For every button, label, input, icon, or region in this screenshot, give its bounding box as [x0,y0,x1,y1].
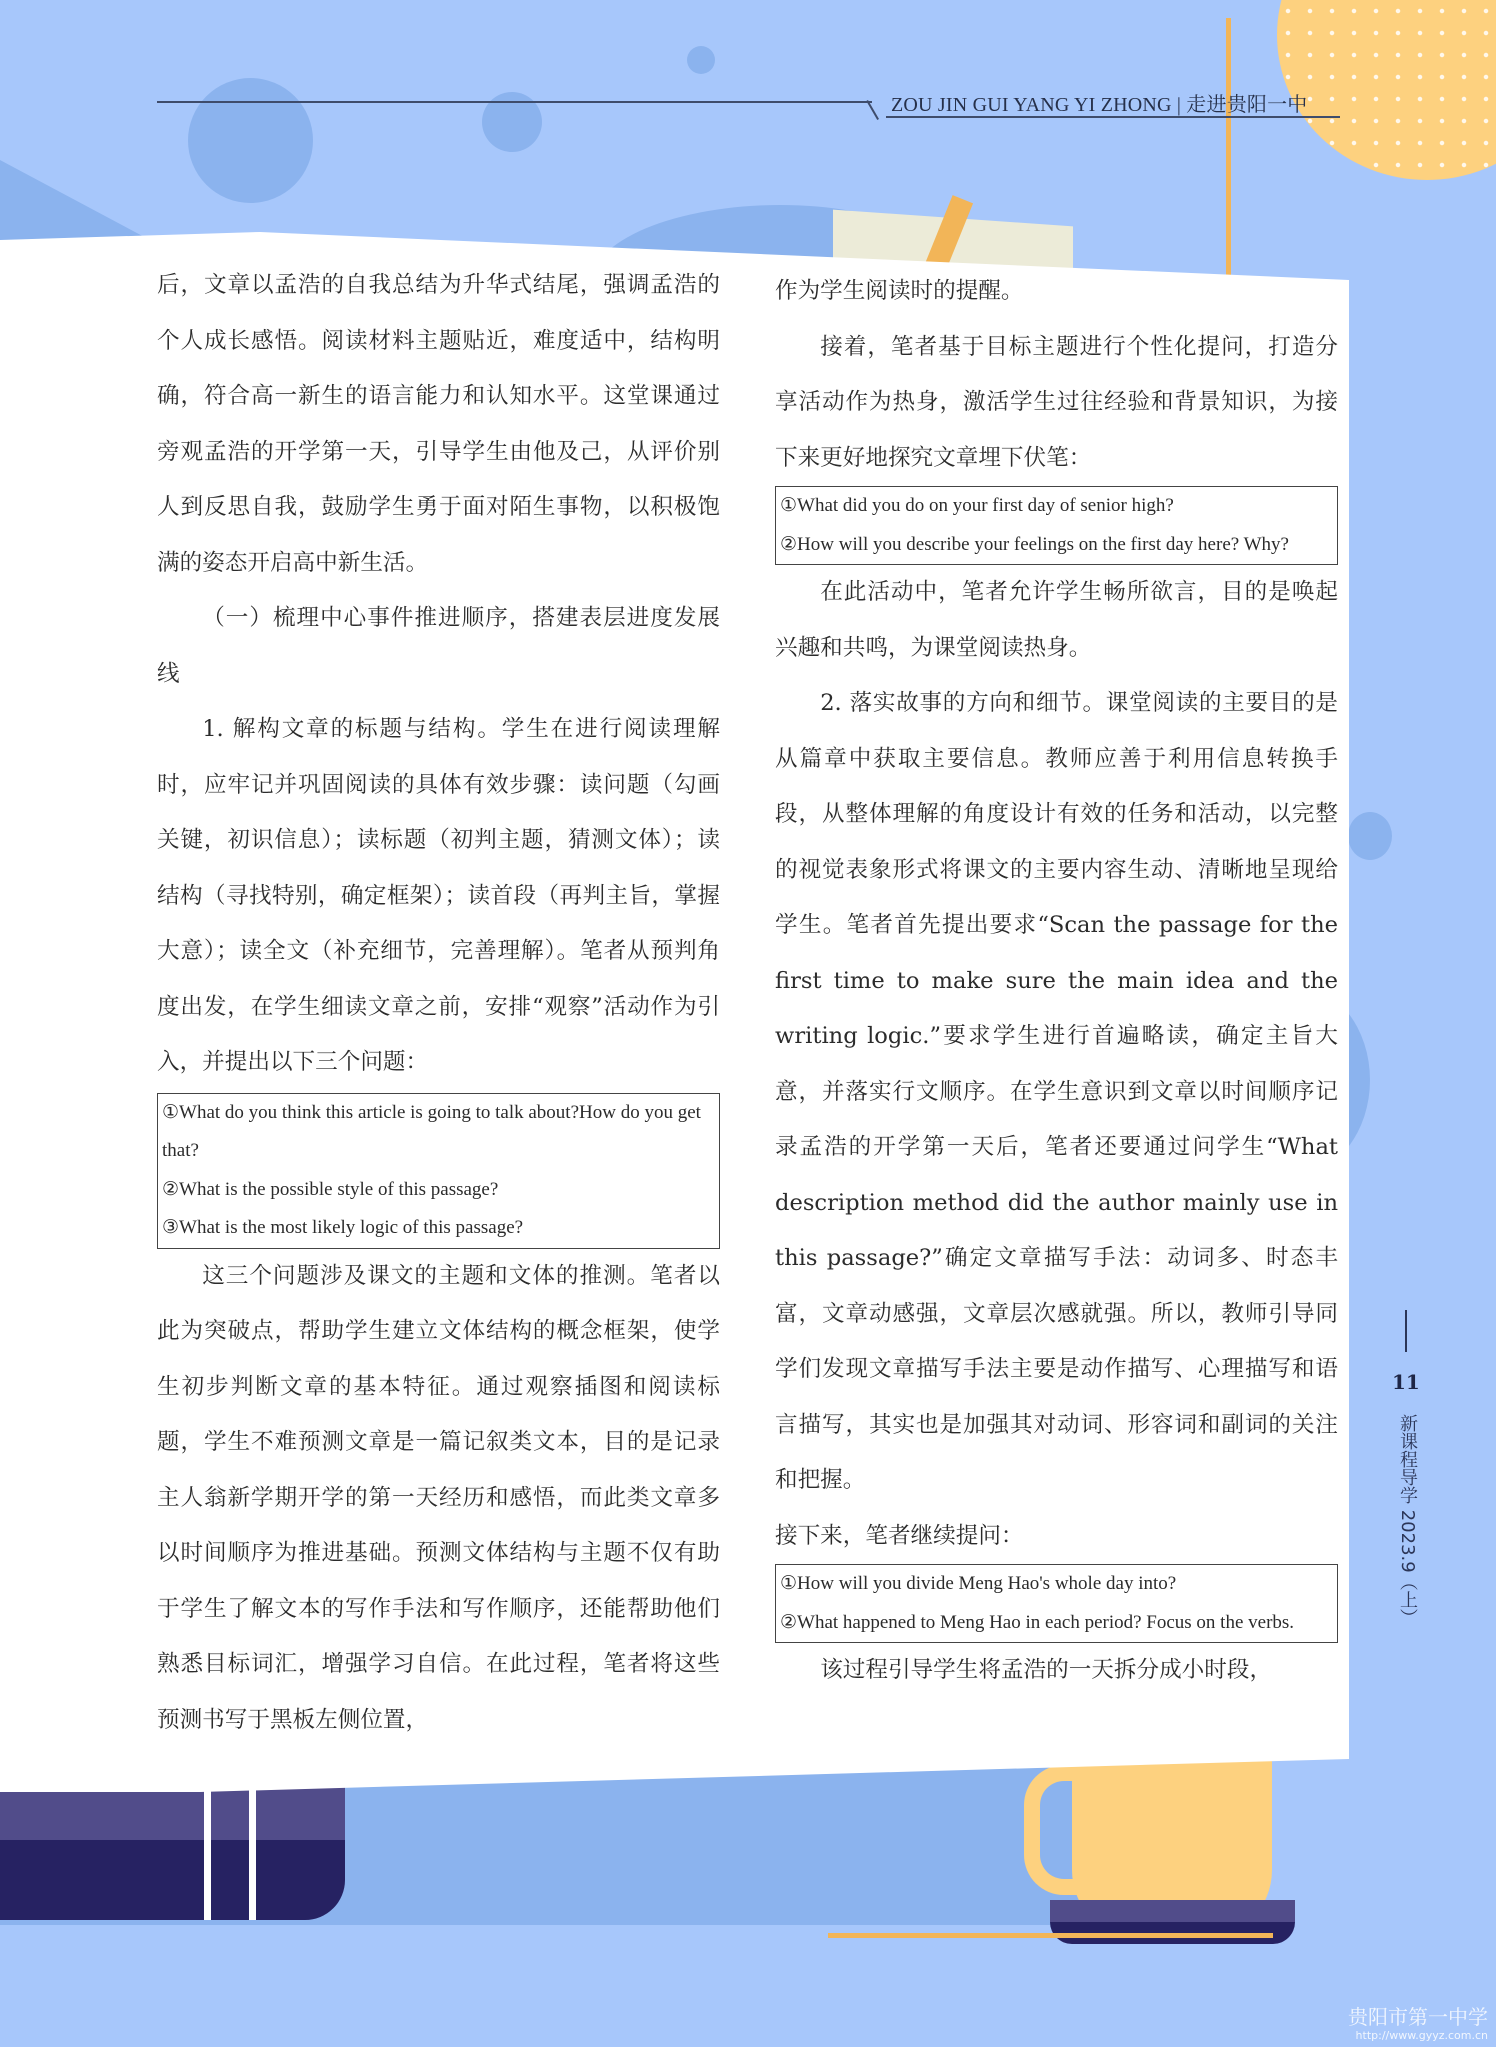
question-box: ①What did you do on your first day of se… [775,486,1338,565]
paragraph: 接着，笔者基于目标主题进行个性化提问，打造分享活动作为热身，激活学生过往经验和背… [775,320,1338,487]
bg-circle-right-1 [1348,812,1392,860]
bg-mug-handle [1024,1765,1104,1895]
bg-table-line [828,1933,1273,1938]
bg-triangle-left [0,160,150,240]
paragraph: 这三个问题涉及课文的主题和文体的推测。笔者以此为突破点，帮助学生建立文体结构的概… [157,1249,720,1749]
watermark-url: http://www.gyyz.com.cn [1348,2029,1488,2043]
bg-saucer-top [1050,1900,1295,1922]
bg-circle-large [188,78,313,203]
header-rule-diagonal [866,100,879,120]
question-item: ①What do you think this article is going… [162,1094,715,1171]
side-rule [1405,1310,1407,1352]
bg-orange-pole [1226,18,1231,278]
bg-saucer-bottom [1050,1922,1295,1944]
paragraph: 2. 落实故事的方向和细节。课堂阅读的主要目的是从篇章中获取主要信息。教师应善于… [775,676,1338,1509]
paragraph: 后，文章以孟浩的自我总结为升华式结尾，强调孟浩的个人成长感悟。阅读材料主题贴近，… [157,258,720,591]
running-title: ZOU JIN GUI YANG YI ZHONG | 走进贵阳一中 [891,88,1308,117]
bg-mug-body [1072,1740,1272,1940]
bg-book-bottom [0,1840,345,1920]
paragraph: 1. 解构文章的标题与结构。学生在进行阅读理解时，应牢记并巩固阅读的具体有效步骤… [157,702,720,1091]
magazine-issue: 新课程导学 2023.9（上） [1393,1414,1419,1627]
page-number: 11 [1392,1370,1420,1394]
question-item: ①How will you divide Meng Hao's whole da… [780,1565,1333,1604]
bg-book-line-2 [249,1790,256,1920]
watermark: 贵阳市第一中学 http://www.gyyz.com.cn [1348,2005,1488,2043]
bg-circle-small [687,46,715,74]
question-item: ②What is the possible style of this pass… [162,1171,715,1210]
question-item: ①What did you do on your first day of se… [780,487,1333,526]
paragraph: 在此活动中，笔者允许学生畅所欲言，目的是唤起兴趣和共鸣，为课堂阅读热身。 [775,565,1338,676]
paragraph: 该过程引导学生将孟浩的一天拆分成小时段， [775,1643,1338,1699]
question-box: ①What do you think this article is going… [157,1093,720,1249]
bg-dotted-sun [1277,0,1496,180]
header-rule [157,101,872,103]
right-column: 作为学生阅读时的提醒。 接着，笔者基于目标主题进行个性化提问，打造分享活动作为热… [775,264,1338,1699]
question-item: ②What happened to Meng Hao in each perio… [780,1604,1333,1643]
left-column: 后，文章以孟浩的自我总结为升华式结尾，强调孟浩的个人成长感悟。阅读材料主题贴近，… [157,258,720,1748]
paragraph: 作为学生阅读时的提醒。 [775,264,1338,320]
question-item: ②How will you describe your feelings on … [780,526,1333,565]
bg-book-line-1 [204,1790,211,1920]
question-item: ③What is the most likely logic of this p… [162,1209,715,1248]
question-box: ①How will you divide Meng Hao's whole da… [775,1564,1338,1643]
section-heading: （一）梳理中心事件推进顺序，搭建表层进度发展线 [157,591,720,702]
watermark-school: 贵阳市第一中学 [1348,2005,1488,2029]
paragraph: 接下来，笔者继续提问： [775,1509,1338,1565]
